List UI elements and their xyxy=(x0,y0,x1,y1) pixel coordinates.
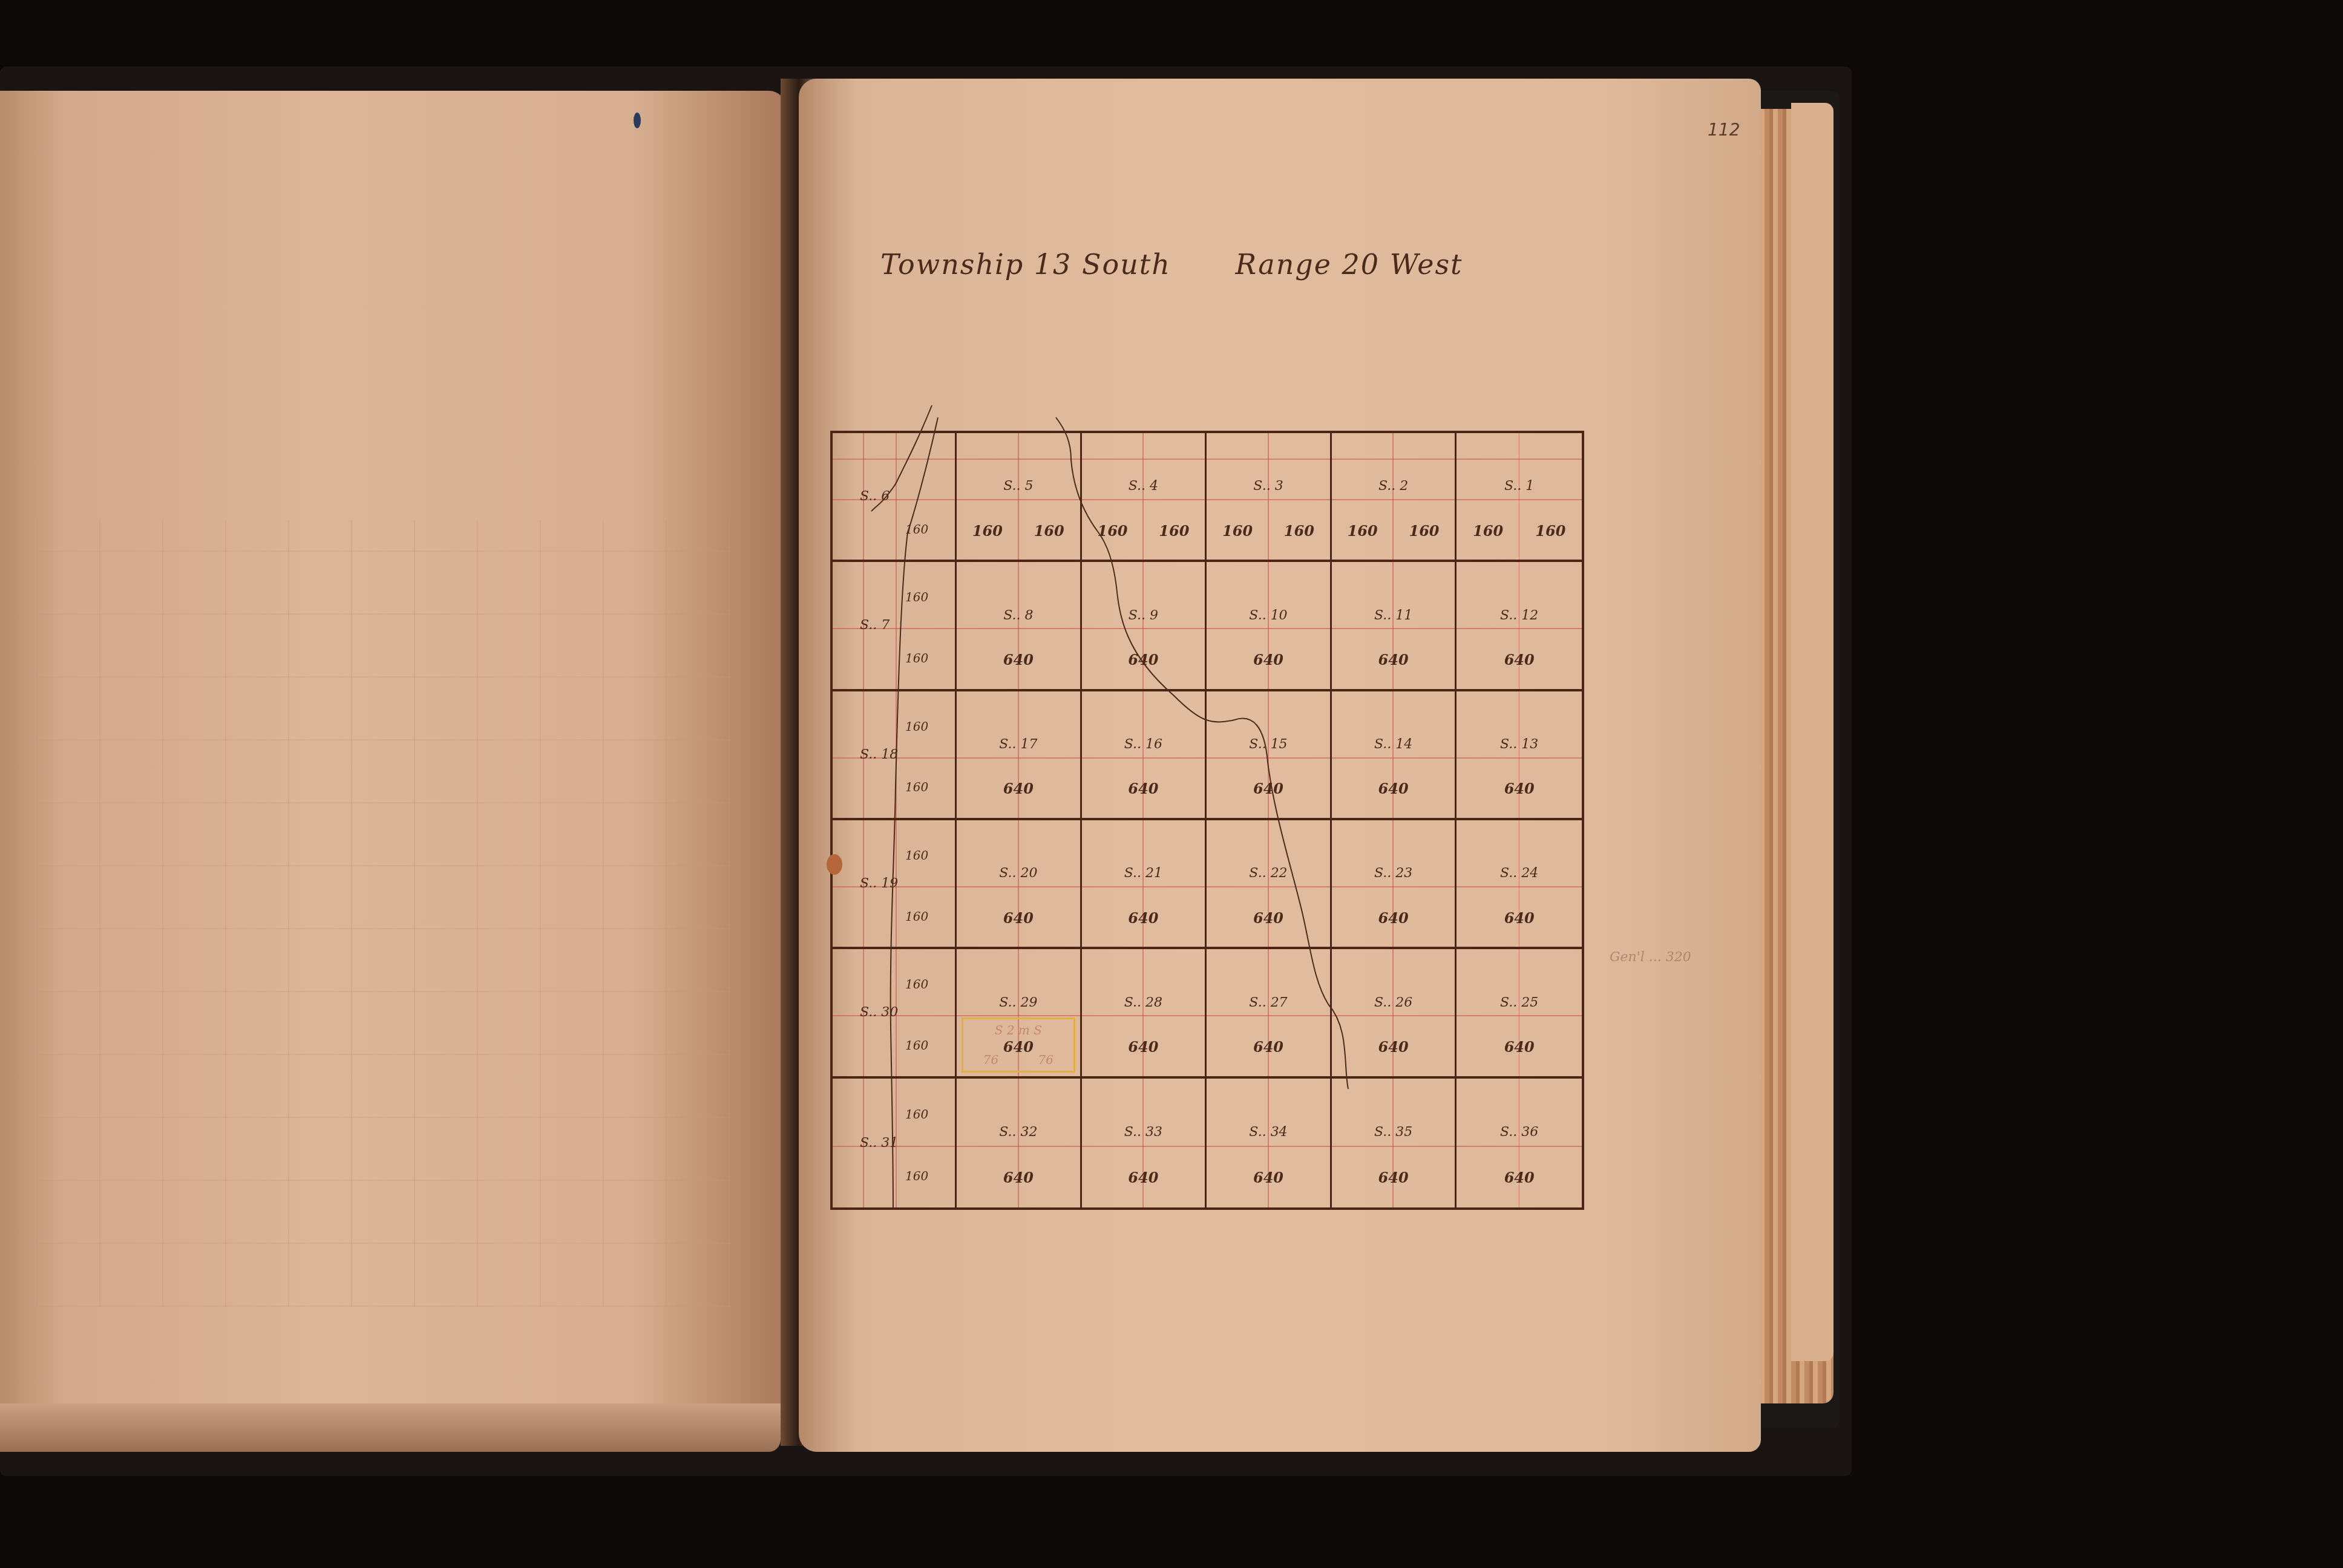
section-acreage: 640 xyxy=(1207,1038,1330,1056)
section-number: S.. 22 xyxy=(1207,866,1330,881)
red-rule xyxy=(1457,1015,1582,1016)
section-acreage: 640 xyxy=(1332,909,1455,927)
section-cell: S.. 30160160 xyxy=(833,949,957,1078)
section-number: S.. 35 xyxy=(1332,1125,1455,1140)
section-number: S.. 33 xyxy=(1082,1125,1205,1140)
red-rule xyxy=(1082,459,1205,460)
section-cell: S.. 24640 xyxy=(1457,820,1582,949)
section-number: S.. 6 xyxy=(860,489,955,504)
section-number: S.. 34 xyxy=(1207,1125,1330,1140)
section-number: S.. 11 xyxy=(1332,608,1455,623)
section-cell: S.. 10640 xyxy=(1207,562,1332,691)
fractional-acreage-top: 160 xyxy=(905,1107,928,1122)
fractional-acreage-bottom: 160 xyxy=(905,1169,928,1183)
red-rule xyxy=(1332,628,1455,629)
left-page-bottom-edge xyxy=(0,1403,781,1452)
red-rule xyxy=(1207,499,1330,500)
section-cell: S.. 11640 xyxy=(1332,562,1457,691)
acreage-value: 640 xyxy=(1378,1038,1409,1056)
section-number: S.. 14 xyxy=(1332,737,1455,752)
section-cell: S.. 29640S 2 m S7676 xyxy=(957,949,1082,1078)
red-rule xyxy=(1082,757,1205,759)
red-rule xyxy=(1457,628,1582,629)
section-number: S.. 25 xyxy=(1457,995,1582,1010)
section-acreage: 160160 xyxy=(957,522,1080,540)
section-number: S.. 8 xyxy=(957,608,1080,623)
red-rule xyxy=(1082,1015,1205,1016)
section-number: S.. 17 xyxy=(957,737,1080,752)
fractional-acreage-top: 160 xyxy=(905,848,928,863)
section-cell: S.. 12640 xyxy=(1457,562,1582,691)
section-acreage: 160160 xyxy=(1082,522,1205,540)
section-cell: S.. 5160160 xyxy=(957,433,1082,562)
section-number: S.. 13 xyxy=(1457,737,1582,752)
red-rule xyxy=(957,1015,1080,1016)
section-acreage: 640 xyxy=(1082,780,1205,797)
red-rule xyxy=(1082,628,1205,629)
section-number: S.. 28 xyxy=(1082,995,1205,1010)
acreage-value: 160 xyxy=(972,522,1003,540)
fractional-acreage-bottom: 160 xyxy=(905,1038,928,1053)
annotation-values: 7676 xyxy=(963,1053,1073,1067)
acreage-value: 160 xyxy=(1284,522,1314,540)
township-grid: S.. 6160S.. 5160160S.. 4160160S.. 316016… xyxy=(830,431,1584,1210)
red-rule xyxy=(833,459,955,460)
section-acreage: 640 xyxy=(1207,1169,1330,1186)
section-acreage: 640 xyxy=(1332,651,1455,668)
fractional-acreage-top: 160 xyxy=(905,719,928,734)
acreage-value: 640 xyxy=(1504,780,1535,797)
section-acreage: 640 xyxy=(1207,780,1330,797)
township-label: Township 13 South xyxy=(880,248,1171,281)
acreage-value: 640 xyxy=(1128,909,1158,927)
red-rule xyxy=(1457,499,1582,500)
acreage-value: 640 xyxy=(1504,909,1535,927)
acreage-value: 640 xyxy=(1128,651,1158,668)
section-number: S.. 26 xyxy=(1332,995,1455,1010)
section-number: S.. 29 xyxy=(957,995,1080,1010)
plat-heading: Township 13 South Range 20 West xyxy=(880,248,1463,281)
section-number: S.. 4 xyxy=(1082,479,1205,494)
section-acreage: 640 xyxy=(1082,909,1205,927)
section-cell: S.. 2160160 xyxy=(1332,433,1457,562)
acreage-value: 640 xyxy=(1128,1169,1158,1186)
section-acreage: 640 xyxy=(1457,1038,1582,1056)
section-cell: S.. 7160160 xyxy=(833,562,957,691)
acreage-value: 640 xyxy=(1504,1169,1535,1186)
acreage-value: 640 xyxy=(1128,780,1158,797)
section-acreage: 640 xyxy=(1207,651,1330,668)
section-cell: S.. 31160160 xyxy=(833,1079,957,1207)
red-rule xyxy=(957,499,1080,500)
red-rule xyxy=(957,1146,1080,1147)
section-number: S.. 21 xyxy=(1082,866,1205,881)
acreage-value: 640 xyxy=(1378,651,1409,668)
section-cell: S.. 23640 xyxy=(1332,820,1457,949)
section-cell: S.. 21640 xyxy=(1082,820,1207,949)
acreage-value: 640 xyxy=(1253,1169,1283,1186)
acreage-value: 640 xyxy=(1253,909,1283,927)
section-acreage: 640 xyxy=(1457,780,1582,797)
red-rule xyxy=(1457,886,1582,887)
fractional-acreage-top: 160 xyxy=(905,590,928,604)
paper-stain xyxy=(827,854,842,875)
section-cell: S.. 19160160 xyxy=(833,820,957,949)
section-cell: S.. 1160160 xyxy=(1457,433,1582,562)
section-acreage: 640 xyxy=(957,909,1080,927)
section-cell: S.. 32640 xyxy=(957,1079,1082,1207)
section-cell: S.. 36640 xyxy=(1457,1079,1582,1207)
section-cell: S.. 18160160 xyxy=(833,691,957,820)
acreage-value: 160 xyxy=(1097,522,1127,540)
section-acreage: 640 xyxy=(957,651,1080,668)
range-label: Range 20 West xyxy=(1236,248,1463,281)
fractional-acreage-bottom: 160 xyxy=(905,909,928,924)
acreage-value: 640 xyxy=(1253,1038,1283,1056)
red-rule xyxy=(1457,459,1582,460)
red-rule xyxy=(1082,499,1205,500)
red-rule xyxy=(1332,757,1455,759)
section-acreage: 640 xyxy=(1457,909,1582,927)
section-acreage: 640 xyxy=(957,1169,1080,1186)
section-number: S.. 30 xyxy=(860,1005,955,1020)
section-cell: S.. 26640 xyxy=(1332,949,1457,1078)
margin-pencil-note: Gen'l ... 320 xyxy=(1610,950,1691,965)
section-number: S.. 15 xyxy=(1207,737,1330,752)
red-rule xyxy=(957,628,1080,629)
section-acreage: 640 xyxy=(1332,1169,1455,1186)
red-rule xyxy=(957,886,1080,887)
section-acreage: 160160 xyxy=(1332,522,1455,540)
section-cell: S.. 20640 xyxy=(957,820,1082,949)
acreage-value: 160 xyxy=(1348,522,1378,540)
left-page xyxy=(0,91,787,1434)
acreage-value: 640 xyxy=(1003,780,1034,797)
section-cell: S.. 17640 xyxy=(957,691,1082,820)
red-rule xyxy=(1457,1146,1582,1147)
acreage-value: 640 xyxy=(1378,909,1409,927)
red-rule xyxy=(1332,1146,1455,1147)
section-cell: S.. 25640 xyxy=(1457,949,1582,1078)
section-acreage: 640 xyxy=(1332,1038,1455,1056)
red-rule xyxy=(1207,628,1330,629)
fractional-acreage-bottom: 160 xyxy=(905,522,928,537)
section-acreage: 640 xyxy=(957,780,1080,797)
section-number: S.. 23 xyxy=(1332,866,1455,881)
section-number: S.. 31 xyxy=(860,1135,955,1151)
section-number: S.. 12 xyxy=(1457,608,1582,623)
left-page-faint-grid xyxy=(36,520,732,1307)
red-rule xyxy=(957,757,1080,759)
section-cell: S.. 34640 xyxy=(1207,1079,1332,1207)
acreage-value: 640 xyxy=(1504,1038,1535,1056)
section-number: S.. 27 xyxy=(1207,995,1330,1010)
red-rule xyxy=(1457,757,1582,759)
red-rule xyxy=(1332,886,1455,887)
acreage-value: 640 xyxy=(1378,1169,1409,1186)
acreage-value: 640 xyxy=(1128,1038,1158,1056)
annotation-value: 76 xyxy=(983,1053,998,1067)
section-number: S.. 7 xyxy=(860,618,955,633)
section-acreage: 640 xyxy=(1457,1169,1582,1186)
section-acreage: 640 xyxy=(1082,651,1205,668)
acreage-value: 160 xyxy=(1034,522,1064,540)
section-acreage: 640 xyxy=(1082,1169,1205,1186)
ink-spot xyxy=(634,113,641,128)
section-cell: S.. 8640 xyxy=(957,562,1082,691)
section-acreage: 160160 xyxy=(1207,522,1330,540)
section-acreage: 160160 xyxy=(1457,522,1582,540)
section-number: S.. 19 xyxy=(860,876,955,891)
acreage-value: 160 xyxy=(1222,522,1253,540)
red-rule xyxy=(1207,757,1330,759)
acreage-value: 160 xyxy=(1535,522,1565,540)
red-rule xyxy=(1207,1146,1330,1147)
fractional-acreage-bottom: 160 xyxy=(905,780,928,794)
section-cell: S.. 4160160 xyxy=(1082,433,1207,562)
section-cell: S.. 15640 xyxy=(1207,691,1332,820)
section-number: S.. 1 xyxy=(1457,479,1582,494)
section-cell: S.. 6160 xyxy=(833,433,957,562)
fractional-acreage-top: 160 xyxy=(905,977,928,991)
section-number: S.. 9 xyxy=(1082,608,1205,623)
acreage-value: 640 xyxy=(1003,909,1034,927)
section-cell: S.. 13640 xyxy=(1457,691,1582,820)
section-cell: S.. 28640 xyxy=(1082,949,1207,1078)
section-number: S.. 32 xyxy=(957,1125,1080,1140)
acreage-value: 640 xyxy=(1003,651,1034,668)
section-cell: S.. 14640 xyxy=(1332,691,1457,820)
red-rule xyxy=(1332,459,1455,460)
red-rule xyxy=(1082,1146,1205,1147)
annotation-value: 76 xyxy=(1038,1053,1053,1067)
section-number: S.. 3 xyxy=(1207,479,1330,494)
red-rule xyxy=(1082,886,1205,887)
section-acreage: 640 xyxy=(1457,651,1582,668)
section-cell: S.. 9640 xyxy=(1082,562,1207,691)
section-number: S.. 20 xyxy=(957,866,1080,881)
section-number: S.. 24 xyxy=(1457,866,1582,881)
red-rule xyxy=(1207,459,1330,460)
section-number: S.. 36 xyxy=(1457,1125,1582,1140)
highlighted-annotation: S 2 m S7676 xyxy=(962,1018,1075,1072)
acreage-value: 640 xyxy=(1253,780,1283,797)
section-cell: S.. 3160160 xyxy=(1207,433,1332,562)
section-acreage: 640 xyxy=(1082,1038,1205,1056)
section-cell: S.. 33640 xyxy=(1082,1079,1207,1207)
acreage-value: 640 xyxy=(1003,1169,1034,1186)
acreage-value: 160 xyxy=(1159,522,1189,540)
section-number: S.. 16 xyxy=(1082,737,1205,752)
section-cell: S.. 22640 xyxy=(1207,820,1332,949)
red-rule xyxy=(1207,886,1330,887)
section-acreage: 640 xyxy=(1207,909,1330,927)
acreage-value: 640 xyxy=(1253,651,1283,668)
section-number: S.. 2 xyxy=(1332,479,1455,494)
section-number: S.. 5 xyxy=(957,479,1080,494)
red-rule xyxy=(1332,1015,1455,1016)
section-acreage: 640 xyxy=(1332,780,1455,797)
fractional-acreage-bottom: 160 xyxy=(905,651,928,665)
section-cell: S.. 16640 xyxy=(1082,691,1207,820)
acreage-value: 640 xyxy=(1504,651,1535,668)
section-number: S.. 10 xyxy=(1207,608,1330,623)
acreage-value: 640 xyxy=(1378,780,1409,797)
section-cell: S.. 35640 xyxy=(1332,1079,1457,1207)
annotation-text: S 2 m S xyxy=(963,1023,1073,1037)
section-number: S.. 18 xyxy=(860,747,955,762)
acreage-value: 160 xyxy=(1409,522,1439,540)
red-rule xyxy=(1207,1015,1330,1016)
section-cell: S.. 27640 xyxy=(1207,949,1332,1078)
page-number: 112 xyxy=(1708,120,1740,140)
page-block-edge-light xyxy=(1791,103,1833,1361)
red-rule xyxy=(1332,499,1455,500)
acreage-value: 160 xyxy=(1473,522,1503,540)
red-rule xyxy=(957,459,1080,460)
